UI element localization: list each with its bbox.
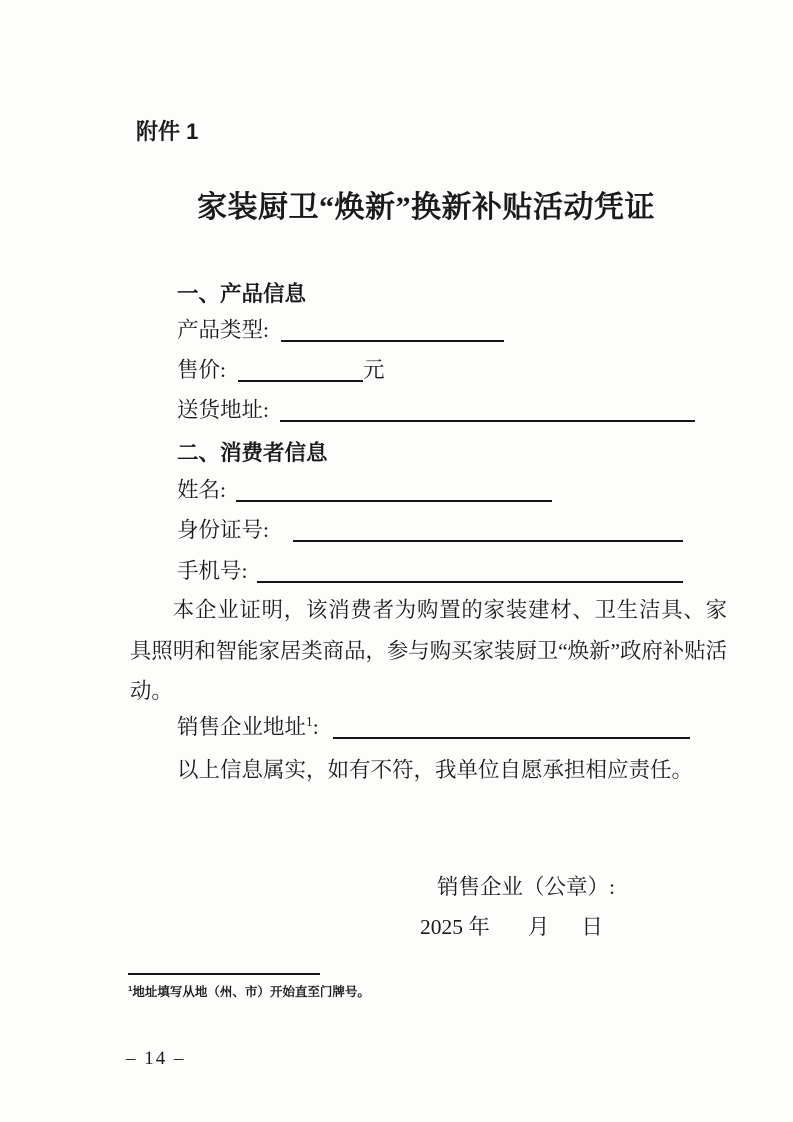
section-heading-consumer: 二、消费者信息 xyxy=(177,436,328,467)
footnote-text: 1地址填写从地（州、市）开始直至门牌号。 xyxy=(128,982,370,1000)
seller-seal-label: 销售企业（公章）: xyxy=(437,870,615,901)
delivery-address-label: 送货地址: xyxy=(177,398,269,422)
field-price: 售价:元 xyxy=(177,355,385,385)
price-label: 售价: xyxy=(177,358,226,382)
scanned-form-page: 附件 1 家装厨卫“焕新”换新补贴活动凭证 一、产品信息 产品类型: 售价:元 … xyxy=(0,0,793,1122)
footnote-ref-marker: 1 xyxy=(306,714,313,729)
attachment-label: 附件 1 xyxy=(136,115,198,146)
field-product-type: 产品类型: xyxy=(177,315,504,345)
field-phone: 手机号: xyxy=(177,556,683,586)
product-type-label: 产品类型: xyxy=(177,318,269,342)
name-blank xyxy=(236,480,552,502)
id-number-blank xyxy=(293,520,683,542)
field-seller-address: 销售企业地址1: xyxy=(177,712,690,742)
seller-address-label: 销售企业地址1: xyxy=(177,715,319,739)
seller-address-blank xyxy=(333,717,690,739)
page-number: – 14 – xyxy=(126,1048,186,1070)
page-title: 家装厨卫“焕新”换新补贴活动凭证 xyxy=(197,182,655,226)
date-year: 2025 年 xyxy=(420,915,490,939)
product-type-blank xyxy=(281,320,504,342)
signature-date-line: 2025 年月日 xyxy=(420,910,603,941)
section-heading-product: 一、产品信息 xyxy=(177,277,306,308)
delivery-address-blank xyxy=(280,400,695,422)
phone-label: 手机号: xyxy=(177,559,247,583)
date-day: 日 xyxy=(581,915,603,939)
certification-statement: 本企业证明，该消费者为购置的家装建材、卫生洁具、家具照明和智能家居类商品，参与购… xyxy=(130,590,727,712)
phone-blank xyxy=(257,561,683,583)
price-unit-label: 元 xyxy=(363,358,385,382)
footnote-divider xyxy=(128,973,320,975)
field-delivery-address: 送货地址: xyxy=(177,395,695,425)
field-id-number: 身份证号: xyxy=(177,515,683,545)
declaration-text: 以上信息属实，如有不符，我单位自愿承担相应责任。 xyxy=(177,753,693,784)
date-month: 月 xyxy=(528,915,550,939)
price-blank xyxy=(238,360,363,382)
name-label: 姓名: xyxy=(177,478,226,502)
id-number-label: 身份证号: xyxy=(177,518,269,542)
field-name: 姓名: xyxy=(177,475,552,505)
